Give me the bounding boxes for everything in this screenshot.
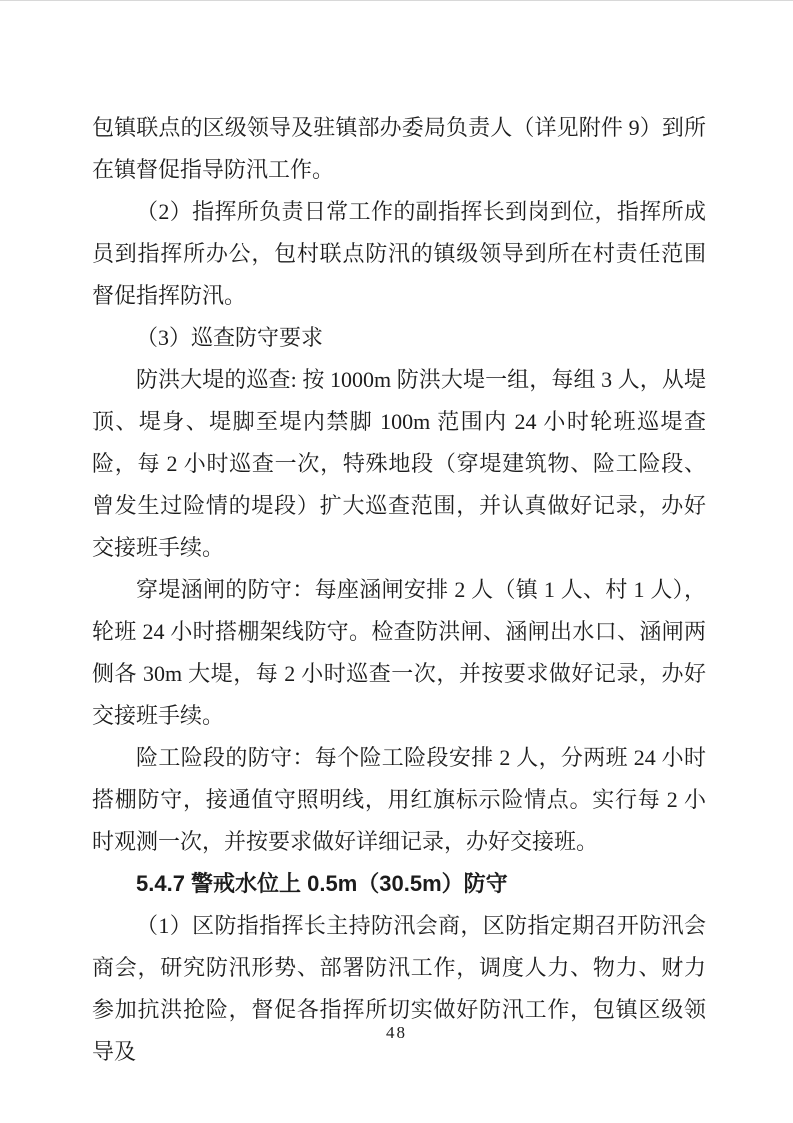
document-body: 包镇联点的区级领导及驻镇部办委局负责人（详见附件 9）到所在镇督促指导防汛工作。… [92, 107, 706, 1073]
paragraph-culvert-guard: 穿堤涵闸的防守：每座涵闸安排 2 人（镇 1 人、村 1 人），轮班 24 小时… [92, 569, 706, 737]
paragraph-item-1-commander: （1）区防指指挥长主持防汛会商，区防指定期召开防汛会商会，研究防汛形势、部署防汛… [92, 905, 706, 1073]
paragraph-danger-section-guard: 险工险段的防守：每个险工险段安排 2 人，分两班 24 小时搭棚防守，接通值守照… [92, 737, 706, 863]
paragraph-continuation: 包镇联点的区级领导及驻镇部办委局负责人（详见附件 9）到所在镇督促指导防汛工作。 [92, 107, 706, 191]
document-page: 包镇联点的区级领导及驻镇部办委局负责人（详见附件 9）到所在镇督促指导防汛工作。… [0, 0, 793, 1123]
page-number: 48 [0, 1023, 793, 1043]
paragraph-item-2: （2）指挥所负责日常工作的副指挥长到岗到位，指挥所成员到指挥所办公，包村联点防汛… [92, 191, 706, 317]
section-heading-5-4-7: 5.4.7 警戒水位上 0.5m（30.5m）防守 [92, 863, 706, 905]
paragraph-dike-patrol: 防洪大堤的巡查: 按 1000m 防洪大堤一组，每组 3 人，从堤顶、堤身、堤脚… [92, 359, 706, 569]
paragraph-item-3: （3）巡查防守要求 [92, 317, 706, 359]
